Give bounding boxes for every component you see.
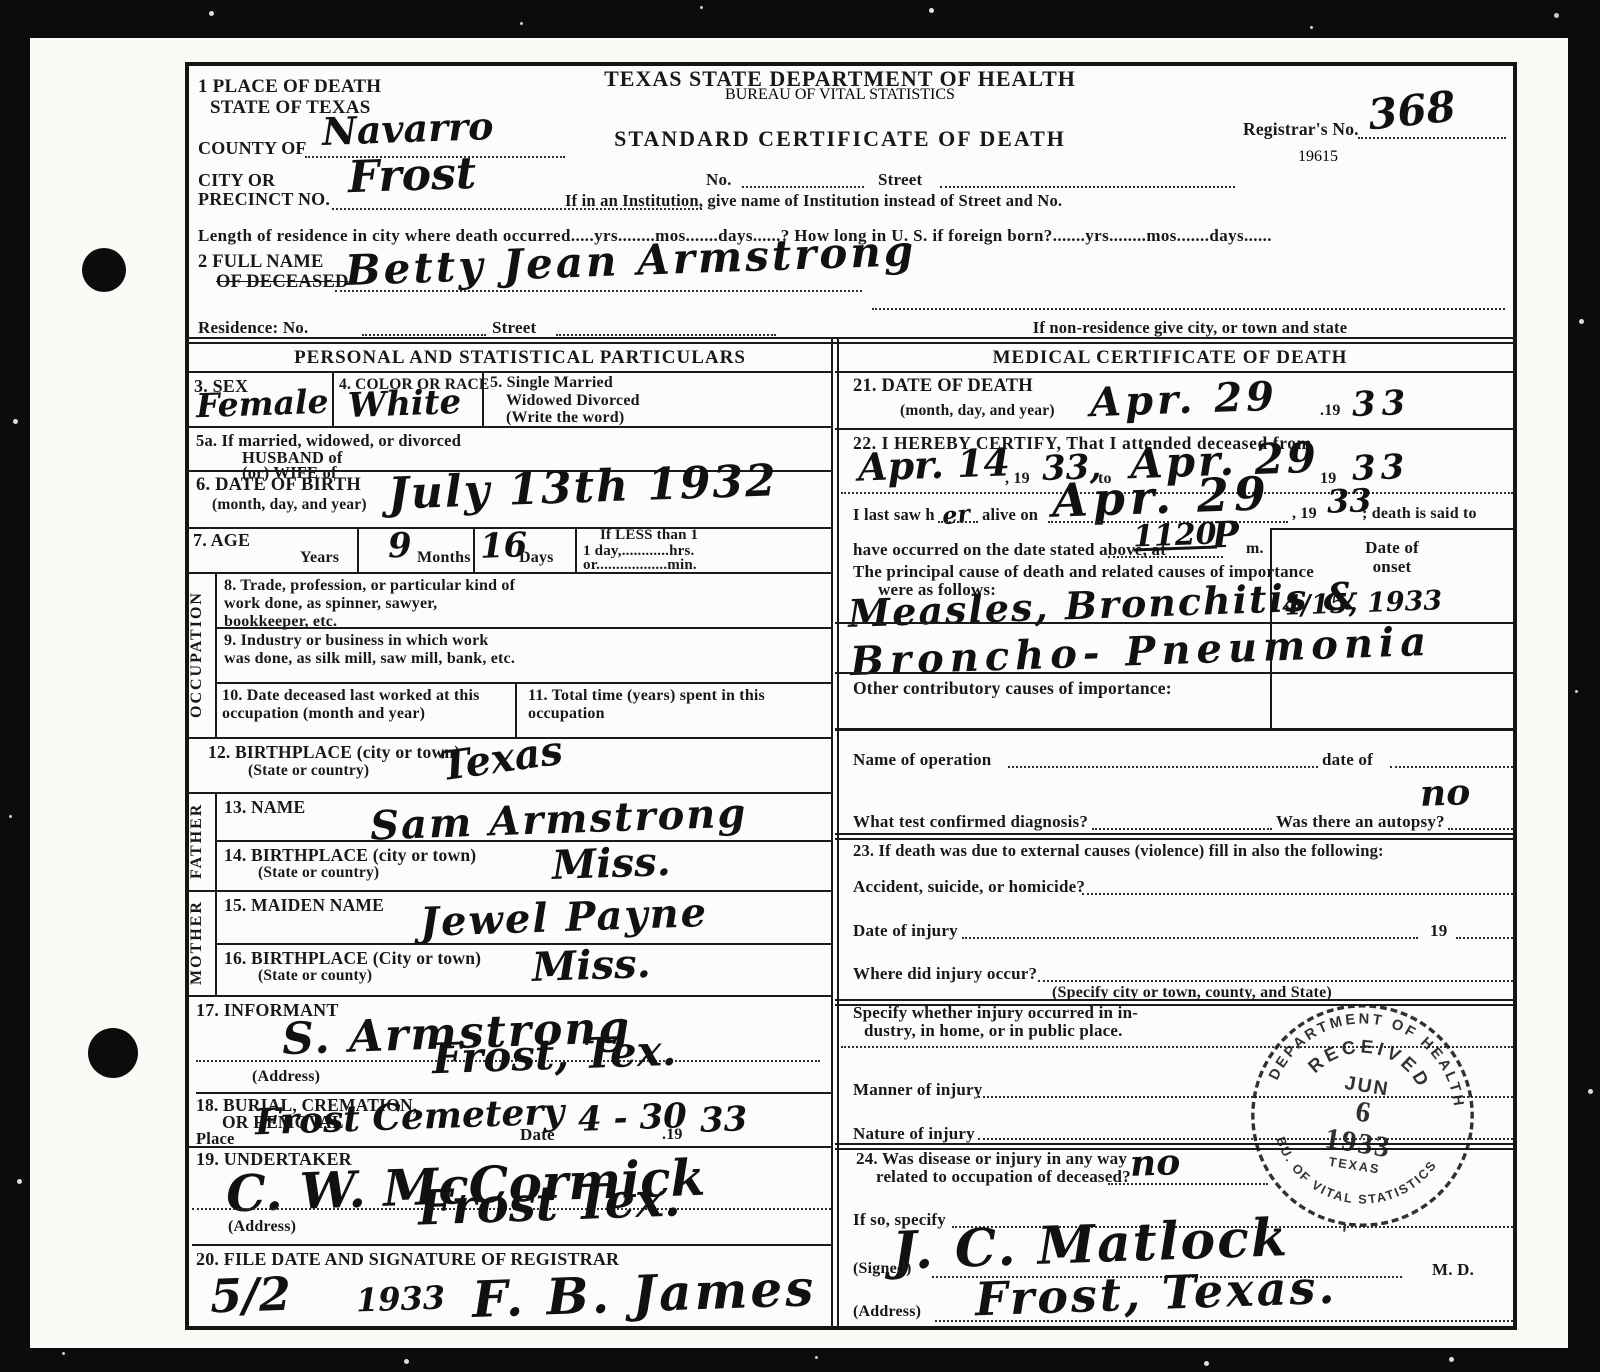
occupation-industry-label: 9. Industry or business in which work wa…: [224, 632, 519, 668]
rule: [835, 672, 1513, 674]
occurred-ampm-handwriting: P: [1211, 514, 1240, 557]
fullname-label-2: OF DECEASED: [216, 272, 349, 293]
age-years-label: Years: [300, 549, 339, 567]
received-date-stamp: DEPARTMENT OF HEALTH RECEIVED JUN 6 1933…: [1228, 981, 1497, 1250]
physician-address-label: (Address): [853, 1303, 921, 1321]
marital-label-3: (Write the word): [506, 409, 624, 427]
rule: [215, 943, 831, 945]
registrar-no-value: 368: [1366, 82, 1458, 140]
rule: [187, 995, 831, 997]
md-label: M. D.: [1432, 1260, 1474, 1280]
autopsy-leader: [1448, 828, 1513, 830]
occurred-m-label: m.: [1246, 540, 1264, 558]
residence-street-label: Street: [492, 318, 536, 338]
occurred-leader: [1108, 556, 1223, 558]
lastsaw-label-2: alive on: [982, 505, 1038, 525]
standard-title: STANDARD CERTIFICATE OF DEATH: [490, 126, 1190, 152]
age-label: 7. AGE: [193, 530, 250, 551]
burial-year-handwriting: 33: [699, 1099, 748, 1141]
father-side-label: FATHER: [188, 794, 214, 888]
age-months-label: Months: [417, 549, 471, 567]
date-of-death-label: 21. DATE OF DEATH: [853, 376, 1033, 397]
mother-birthplace-handwriting: Miss.: [531, 940, 651, 991]
file-year-handwriting: 1933: [355, 1278, 445, 1319]
rule: [187, 371, 831, 373]
left-section-title: PERSONAL AND STATISTICAL PARTICULARS: [240, 347, 800, 369]
city-value-handwriting: Frost: [347, 148, 477, 203]
rule: [215, 840, 831, 842]
manner-of-injury-label: Manner of injury: [853, 1080, 982, 1100]
nature-of-injury-label: Nature of injury: [853, 1124, 975, 1144]
external-causes-label: 23. If death was due to external causes …: [853, 841, 1384, 861]
residence-no-label: Residence: No.: [198, 318, 308, 338]
father-birthplace-handwriting: Miss.: [551, 838, 671, 889]
occupation-totaltime-label: 11. Total time (years) spent in this occ…: [528, 687, 768, 723]
occupation-lastworked-label: 10. Date deceased last worked at this oc…: [222, 687, 502, 723]
occupation-side-label: OCCUPATION: [188, 574, 214, 735]
date-of-death-handwriting: Apr. 29: [1089, 373, 1278, 427]
onset-label-1: Date of: [1272, 538, 1512, 558]
test-label: What test confirmed diagnosis?: [853, 812, 1088, 832]
city-label-1: CITY OR: [198, 170, 275, 191]
rule: [835, 371, 1513, 373]
mother-birthplace-label: 16. BIRTHPLACE (City or town): [224, 948, 481, 969]
occurred-time-handwriting: 1120: [1132, 517, 1217, 555]
film-speckles: [0, 0, 3, 3]
operation-leader: [1008, 766, 1318, 768]
city-label-2: PRECINCT NO.: [198, 189, 330, 210]
residence-no-leader: [362, 334, 486, 336]
header-double-rule: [185, 337, 1517, 344]
father-name-label: 13. NAME: [224, 797, 305, 818]
dob-label: 6. DATE OF BIRTH: [196, 475, 361, 496]
place-of-death-label: 1 PLACE OF DEATH: [198, 76, 381, 98]
undertaker-address-label: (Address): [228, 1218, 296, 1236]
accident-label: Accident, suicide, or homicide?: [853, 877, 1085, 897]
dob-sublabel: (month, day, and year): [212, 496, 367, 514]
right-section-title: MEDICAL CERTIFICATE OF DEATH: [890, 347, 1450, 369]
stamp-day-text: 6: [1353, 1095, 1373, 1129]
injury-specify-label-2: dustry, in home, or in public place.: [864, 1021, 1123, 1041]
divider-line: [215, 792, 217, 995]
autopsy-answer-handwriting: no: [1419, 771, 1471, 815]
operation-date-label: date of: [1322, 750, 1373, 770]
fullname-label-1: 2 FULL NAME: [198, 252, 324, 273]
injury-date-label: Date of injury: [853, 921, 958, 941]
age-days-label: Days: [519, 549, 554, 567]
file-date-handwriting: 5/2: [209, 1267, 292, 1324]
birthplace-label: 12. BIRTHPLACE (city or town): [208, 742, 460, 763]
occupation-trade-label: 8. Trade, profession, or particular kind…: [224, 577, 524, 631]
lastsaw-label-3: ; death is said to: [1362, 505, 1477, 523]
divider-line: [332, 372, 334, 426]
county-value-handwriting: Navarro: [321, 103, 494, 154]
county-label: COUNTY OF: [198, 138, 307, 159]
punch-hole-bottom: [88, 1028, 138, 1078]
lastsaw-year-print: , 19: [1292, 505, 1317, 523]
operation-date-leader: [1390, 766, 1513, 768]
rule: [835, 428, 1513, 430]
date-of-death-year-print: .19: [1320, 402, 1341, 420]
nonresidence-note: If non-residence give city, or town and …: [975, 318, 1405, 338]
occupation-related-label-1: 24. Was disease or injury in any way: [856, 1149, 1127, 1169]
double-rule: [835, 833, 1513, 840]
sex-value-handwriting: Female: [195, 382, 329, 426]
rule: [215, 682, 831, 684]
rule: [187, 890, 831, 892]
attended-from-year-print: , 19: [1005, 470, 1030, 488]
mother-birthplace-sublabel: (State or county): [258, 967, 372, 985]
contributory-label: Other contributory causes of importance:: [853, 678, 1172, 699]
attended-from-handwriting: Apr. 14: [857, 439, 1010, 489]
undertaker-address-handwriting: Frost Tex.: [417, 1171, 681, 1236]
divider-line: [575, 527, 577, 572]
father-birthplace-sublabel: (State or country): [258, 864, 379, 882]
rule: [187, 572, 831, 574]
divider-line: [515, 682, 517, 737]
marital-label-2: Widowed Divorced: [506, 392, 640, 410]
burial-year-print: .19: [662, 1126, 683, 1144]
divider-line: [215, 572, 217, 737]
nonresidence-line: [872, 308, 1505, 310]
no-leader-line: [742, 186, 864, 188]
race-value-handwriting: White: [347, 382, 461, 426]
age-months-value: 9: [387, 526, 412, 567]
residence-street-leader: [556, 334, 776, 336]
rule: [187, 426, 831, 428]
informant-address-label: (Address): [252, 1068, 320, 1086]
divider-line: [357, 527, 359, 572]
birthplace-sublabel: (State or country): [248, 762, 369, 780]
informant-address-handwriting: Frost, Tex.: [431, 1026, 677, 1083]
injury-date-leader: [962, 937, 1418, 939]
rule: [192, 1244, 831, 1246]
scanned-death-certificate: TEXAS STATE DEPARTMENT OF HEALTH BUREAU …: [0, 0, 1600, 1372]
divider-line: [473, 527, 475, 572]
marital-label-1: 5. Single Married: [490, 374, 613, 392]
street-label: Street: [878, 170, 922, 190]
mother-name-handwriting: Jewel Payne: [419, 889, 709, 946]
injury-where-leader: [1038, 980, 1513, 982]
injury-where-label: Where did injury occur?: [853, 964, 1037, 984]
age-less-label-1: If LESS than 1: [600, 527, 698, 544]
lastsaw-label-1: I last saw h: [853, 505, 935, 525]
injury-specify-label-1: Specify whether injury occurred in in-: [853, 1003, 1138, 1023]
father-birthplace-label: 14. BIRTHPLACE (city or town): [224, 845, 476, 866]
lastsaw-her-handwriting: er: [941, 499, 972, 531]
date-of-death-year-handwriting: 33: [1351, 383, 1412, 425]
rule: [835, 728, 1513, 731]
accident-leader: [1082, 893, 1513, 895]
occupation-related-answer: no: [1129, 1141, 1181, 1185]
institution-note: If in an Institution, give name of Insti…: [565, 191, 1062, 211]
burial-date-label: Date: [520, 1125, 555, 1145]
registrar-signature-handwriting: F. B. James: [471, 1258, 817, 1329]
onset-value-handwriting: 4/15, 1933: [1282, 585, 1443, 622]
rule: [215, 627, 831, 629]
rule: [1270, 528, 1513, 530]
physician-address-leader: [935, 1320, 1513, 1322]
test-leader: [1092, 828, 1272, 830]
operation-label: Name of operation: [853, 750, 991, 770]
date-of-death-sublabel: (month, day, and year): [900, 402, 1055, 420]
injury-date-year-print: 19: [1430, 921, 1447, 941]
rule: [187, 1146, 831, 1148]
occupation-related-label-2: related to occupation of deceased?: [876, 1167, 1131, 1187]
no-label: No.: [706, 170, 732, 190]
bureau-title: BUREAU OF VITAL STATISTICS: [450, 86, 1230, 104]
lastsaw-leader-a: [938, 521, 978, 523]
injury-date-year-leader: [1456, 937, 1513, 939]
autopsy-label: Was there an autopsy?: [1276, 812, 1445, 832]
mother-side-label: MOTHER: [188, 892, 214, 993]
signed-label: (Signed): [853, 1260, 912, 1278]
registrar-no-label: Registrar's No.: [1243, 119, 1359, 140]
mother-name-label: 15. MAIDEN NAME: [224, 895, 384, 916]
punch-hole-top: [82, 248, 126, 292]
certificate-number: 19615: [1298, 148, 1338, 166]
street-leader-line: [940, 186, 1235, 188]
